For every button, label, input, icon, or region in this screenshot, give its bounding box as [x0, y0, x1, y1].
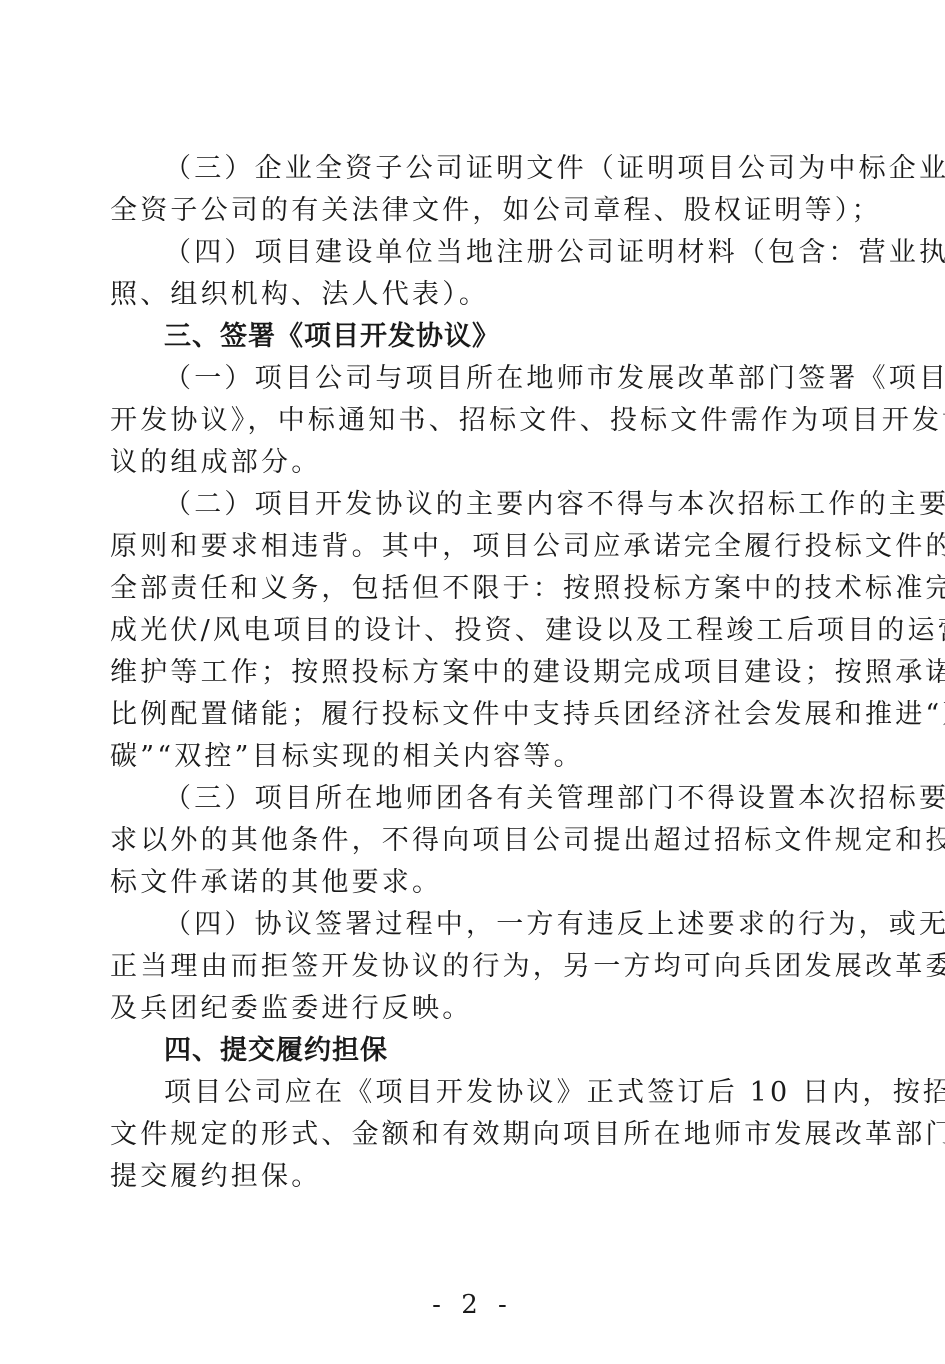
section-4-line-2: 文件规定的形式、金额和有效期向项目所在地师市发展改革部门 [110, 1114, 835, 1156]
paragraph-4-line-2: 照、组织机构、法人代表）。 [110, 274, 835, 316]
paragraph-4-line-1: （四）项目建设单位当地注册公司证明材料（包含：营业执 [110, 232, 835, 274]
section-3-item-2-line-4: 成光伏/风电项目的设计、投资、建设以及工程竣工后项目的运营、 [110, 610, 835, 652]
section-3-item-3-line-1: （三）项目所在地师团各有关管理部门不得设置本次招标要 [110, 778, 835, 820]
page-number: - 2 - [0, 1290, 945, 1320]
section-4-line-3: 提交履约担保。 [110, 1156, 835, 1198]
section-3-item-2-line-1: （二）项目开发协议的主要内容不得与本次招标工作的主要 [110, 484, 835, 526]
section-heading-3: 三、签署《项目开发协议》 [110, 316, 835, 358]
section-3-item-2-line-6: 比例配置储能；履行投标文件中支持兵团经济社会发展和推进“双 [110, 694, 835, 736]
section-3-item-4-line-1: （四）协议签署过程中，一方有违反上述要求的行为，或无 [110, 904, 835, 946]
section-3-item-2-line-7: 碳”“双控”目标实现的相关内容等。 [110, 736, 835, 778]
paragraph-3-line-2: 全资子公司的有关法律文件，如公司章程、股权证明等）； [110, 190, 835, 232]
section-3-item-4-line-3: 及兵团纪委监委进行反映。 [110, 988, 835, 1030]
section-3-item-1-line-2: 开发协议》，中标通知书、招标文件、投标文件需作为项目开发协 [110, 400, 835, 442]
document-page: （三）企业全资子公司证明文件（证明项目公司为中标企业 全资子公司的有关法律文件，… [110, 148, 835, 1198]
section-4-line-1: 项目公司应在《项目开发协议》正式签订后 10 日内，按招标 [110, 1072, 835, 1114]
section-3-item-3-line-2: 求以外的其他条件，不得向项目公司提出超过招标文件规定和投 [110, 820, 835, 862]
section-3-item-2-line-2: 原则和要求相违背。其中，项目公司应承诺完全履行投标文件的 [110, 526, 835, 568]
section-3-item-1-line-3: 议的组成部分。 [110, 442, 835, 484]
section-3-item-4-line-2: 正当理由而拒签开发协议的行为，另一方均可向兵团发展改革委 [110, 946, 835, 988]
section-3-item-1-line-1: （一）项目公司与项目所在地师市发展改革部门签署《项目 [110, 358, 835, 400]
section-heading-4: 四、提交履约担保 [110, 1030, 835, 1072]
section-3-item-3-line-3: 标文件承诺的其他要求。 [110, 862, 835, 904]
section-3-item-2-line-5: 维护等工作；按照投标方案中的建设期完成项目建设；按照承诺 [110, 652, 835, 694]
section-3-item-2-line-3: 全部责任和义务，包括但不限于：按照投标方案中的技术标准完 [110, 568, 835, 610]
paragraph-3-line-1: （三）企业全资子公司证明文件（证明项目公司为中标企业 [110, 148, 835, 190]
